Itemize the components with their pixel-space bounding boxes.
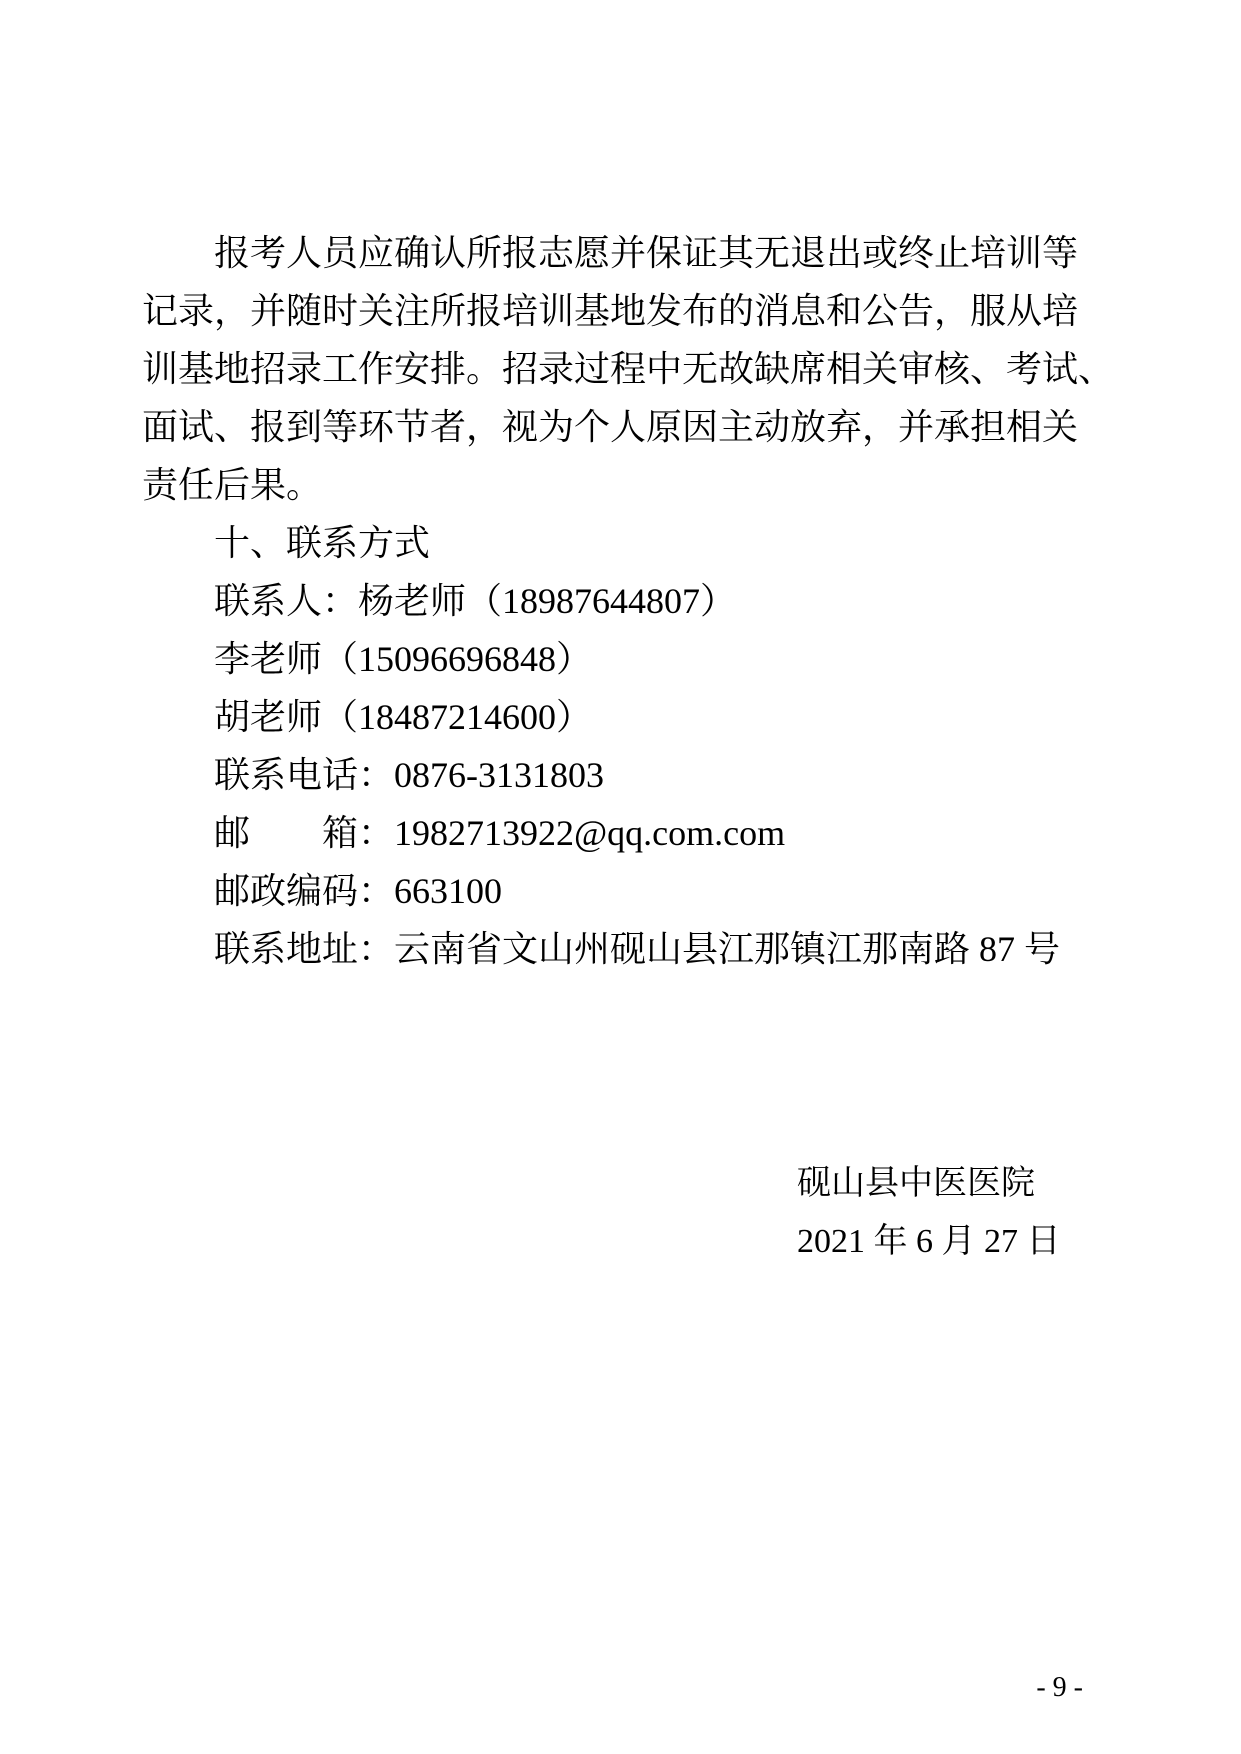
contact-teacher-hu-line: 胡老师（18487214600） [142,688,1082,746]
paragraph-line: 训基地招录工作安排。招录过程中无故缺席相关审核、考试、 [142,340,1082,398]
contact-address-line: 联系地址：云南省文山州砚山县江那镇江那南路 87 号 [142,920,1082,978]
section-heading: 十、联系方式 [142,514,1082,572]
paragraph-line: 报考人员应确认所报志愿并保证其无退出或终止培训等 [142,224,1082,282]
contact-person-line: 联系人：杨老师（18987644807） [142,572,1082,630]
contact-teacher-li-line: 李老师（15096696848） [142,630,1082,688]
contact-phone-line: 联系电话：0876-3131803 [142,746,1082,804]
paragraph-line: 记录，并随时关注所报培训基地发布的消息和公告，服从培 [142,282,1082,340]
signature-date: 2021 年 6 月 27 日 [797,1213,1061,1271]
contact-email-line: 邮 箱：1982713922@qq.com.com [142,804,1082,862]
body-text: 报考人员应确认所报志愿并保证其无退出或终止培训等 记录，并随时关注所报培训基地发… [142,224,1082,978]
contact-postcode-line: 邮政编码：663100 [142,862,1082,920]
document-page: 报考人员应确认所报志愿并保证其无退出或终止培训等 记录，并随时关注所报培训基地发… [0,0,1241,1754]
signature-block: 砚山县中医医院 2021 年 6 月 27 日 [797,1155,1061,1271]
page-number: - 9 - [1036,1672,1083,1704]
paragraph-line: 面试、报到等环节者，视为个人原因主动放弃，并承担相关 [142,398,1082,456]
paragraph-line: 责任后果。 [142,456,1082,514]
signature-organization: 砚山县中医医院 [797,1155,1061,1213]
